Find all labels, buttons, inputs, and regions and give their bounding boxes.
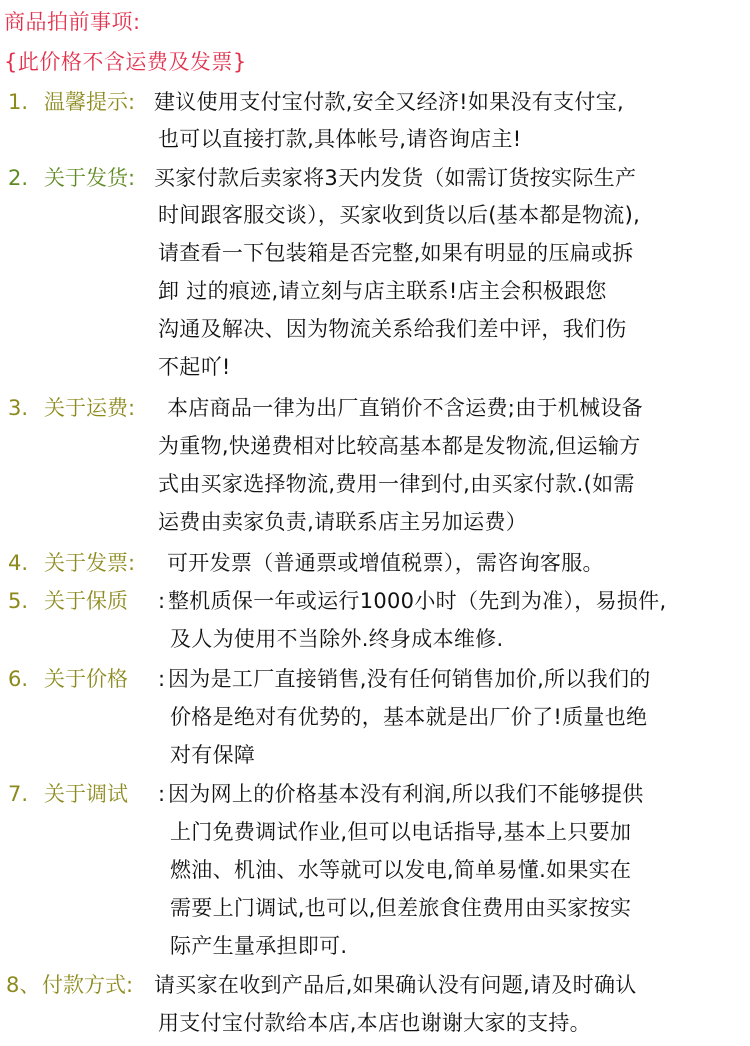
item-number: 6. [8, 664, 28, 694]
item-label: 关于发票: [44, 548, 135, 578]
item-colon: : [158, 664, 165, 694]
item-text-line: 也可以直接打款,具体帐号,请咨询店主! [158, 124, 521, 154]
item-text-line: 因为网上的价格基本没有利润,所以我们不能够提供 [168, 779, 644, 809]
item-text-line: 可开发票（普通票或增值税票），需咨询客服。 [167, 548, 604, 578]
item-text-line: 式由买家选择物流,费用一律到付,由买家付款.(如需 [158, 469, 635, 499]
item-text-line: 买家付款后卖家将3天内发货（如需订货按实际生产 [154, 163, 636, 193]
item-text-line: 为重物,快递费相对比较高基本都是发物流,但运输方 [158, 431, 641, 461]
item-text-line: 上门免费调试作业,但可以电话指导,基本上只要加 [170, 817, 631, 847]
item-text-line: 燃油、机油、水等就可以发电,简单易懂.如果实在 [170, 855, 631, 885]
item-label: 关于发货: [44, 163, 135, 193]
item-text-line: 需要上门调试,也可以,但差旅食住费用由买家按实 [170, 893, 631, 923]
item-text-line: 因为是工厂直接销售,没有任何销售加价,所以我们的 [168, 664, 651, 694]
item-text-line: 建议使用支付宝付款,安全又经济!如果没有支付宝, [154, 87, 624, 117]
item-text-line: 请查看一下包装箱是否完整,如果有明显的压扁或拆 [158, 238, 634, 268]
item-text-line: 对有保障 [170, 740, 255, 770]
item-label: 关于调试 [44, 779, 128, 809]
item-number: 2. [8, 163, 28, 193]
item-text-line: 卸 过的痕迹,请立刻与店主联系!店主会积极跟您 [158, 276, 607, 306]
item-label: 温馨提示: [44, 87, 135, 117]
item-number: 4. [8, 548, 28, 578]
item-colon: : [158, 586, 165, 616]
item-text-line: 运费由卖家负责,请联系店主另加运费） [158, 507, 527, 537]
item-label: 关于运费: [44, 393, 135, 423]
item-text-line: 际产生量承担即可. [170, 931, 347, 961]
item-text-line: 价格是绝对有优势的，基本就是出厂价了!质量也绝 [170, 702, 647, 732]
notice-subtitle: {此价格不含运费及发票} [4, 46, 247, 76]
item-text-line: 请买家在收到产品后,如果确认没有问题,请及时确认 [154, 970, 637, 1000]
item-text-line: 沟通及解决、因为物流关系给我们差中评，我们伤 [158, 314, 627, 344]
item-text-line: 整机质保一年或运行1000小时（先到为准），易损件, [168, 586, 666, 616]
item-colon: : [158, 779, 165, 809]
item-text-line: 时间跟客服交谈），买家收到货以后(基本都是物流), [158, 200, 640, 230]
item-number: 8、 [6, 970, 40, 1000]
item-label: 关于价格 [44, 664, 128, 694]
item-text-line: 不起吖! [158, 352, 231, 382]
item-text-line: 本店商品一律为出厂直销价不含运费;由于机械设备 [167, 393, 643, 423]
item-number: 5. [8, 586, 28, 616]
item-number: 3. [8, 393, 28, 423]
item-number: 7. [8, 779, 28, 809]
item-label: 付款方式: [42, 970, 133, 1000]
notice-title: 商品拍前事项: [4, 6, 141, 36]
item-text-line: 及人为使用不当除外.终身成本维修. [170, 624, 503, 654]
item-text-line: 用支付宝付款给本店,本店也谢谢大家的支持。 [158, 1008, 591, 1038]
item-label: 关于保质 [44, 586, 128, 616]
item-number: 1. [8, 87, 28, 117]
